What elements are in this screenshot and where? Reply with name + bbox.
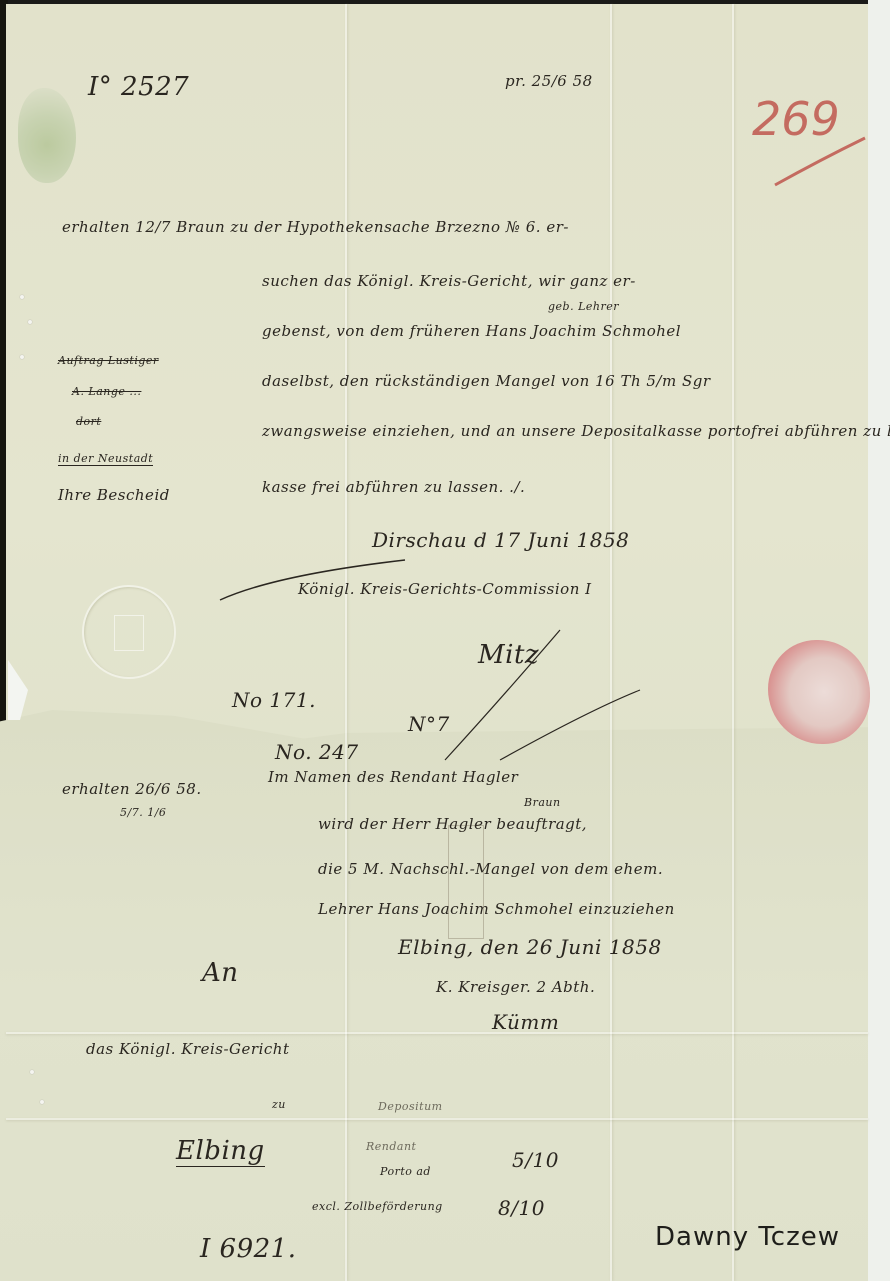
reply-line-3: die 5 M. Nachschl.-Mangel von dem ehem. <box>318 860 663 878</box>
destination-city: Elbing <box>176 1136 265 1167</box>
file-ref-7: N°7 <box>408 712 450 736</box>
salutation: An <box>202 958 239 988</box>
reply-line-4: Lehrer Hans Joachim Schmohel einzuziehen <box>318 900 675 918</box>
fee-line: excl. Zollbeförderung <box>312 1200 443 1213</box>
pinhole <box>20 295 24 299</box>
main-text-line-1: erhalten 12/7 Braun zu der Hypothekensac… <box>62 218 569 236</box>
red-pencil-stroke <box>770 130 870 190</box>
main-text-line-5: zwangsweise einziehen, und an unsere Dep… <box>262 422 890 440</box>
fold-line-vertical <box>732 4 734 1281</box>
fold-line-vertical <box>345 4 347 1281</box>
shield-icon <box>114 615 144 651</box>
main-text-insert: geb. Lehrer <box>548 300 619 313</box>
reference-number-left: I° 2527 <box>88 72 189 102</box>
scan-background-right <box>868 0 890 1281</box>
reply-sub: K. Kreisger. 2 Abth. <box>436 978 595 996</box>
pinhole <box>20 355 24 359</box>
margin-note-struck: Auftrag Lustiger <box>58 354 159 367</box>
postal-stamp-mark <box>448 825 484 939</box>
file-ref-171: No 171. <box>232 688 316 712</box>
address-prefix: zu <box>272 1098 286 1111</box>
fee-note-rendant: Rendant <box>366 1140 416 1153</box>
margin-note-struck: dort <box>76 415 101 428</box>
main-text-line-4: daselbst, den rückständigen Mangel von 1… <box>262 372 711 390</box>
address-note: Depositum <box>378 1100 443 1113</box>
reply-line-2: wird der Herr Hagler beauftragt, <box>318 815 587 833</box>
margin-note-struck: A. Lange ... <box>72 385 141 398</box>
embossed-seal-icon <box>82 585 176 679</box>
fee-value-1: 5/10 <box>512 1148 559 1172</box>
main-text-line-2: suchen das Königl. Kreis-Gericht, wir ga… <box>262 272 636 290</box>
recipient: das Königl. Kreis-Gericht <box>86 1040 289 1058</box>
pinhole <box>40 1100 44 1104</box>
margin-note-lower: erhalten 26/6 58. <box>62 780 202 798</box>
green-stain <box>18 88 76 183</box>
pen-flourish <box>215 555 415 605</box>
signature-2: Kümm <box>492 1010 559 1034</box>
bottom-number: I 6921. <box>200 1234 296 1264</box>
main-text-line-3: gebenst, von dem früheren Hans Joachim S… <box>262 322 681 340</box>
margin-note-lower-sub: 5/7. 1/6 <box>120 806 166 819</box>
main-text-line-6: kasse frei abführen zu lassen. ./. <box>262 478 525 496</box>
fold-line-horizontal <box>6 1032 868 1034</box>
file-ref-247: No. 247 <box>275 740 359 764</box>
watermark-label: Dawny Tczew <box>655 1222 840 1252</box>
reference-received-date: pr. 25/6 58 <box>505 72 593 90</box>
margin-note: Ihre Bescheid <box>58 486 170 504</box>
pinhole <box>28 320 32 324</box>
signature-flourish <box>440 610 650 770</box>
fee-note-porto: Porto ad <box>380 1165 431 1178</box>
reply-dateline: Elbing, den 26 Juni 1858 <box>398 935 662 959</box>
pinhole <box>30 1070 34 1074</box>
fee-value-2: 8/10 <box>498 1196 545 1220</box>
margin-note: in der Neustadt <box>58 452 153 466</box>
reply-insert: Braun <box>524 796 561 809</box>
dateline: Dirschau d 17 Juni 1858 <box>372 528 629 552</box>
reply-line-1: Im Namen des Rendant Hagler <box>268 768 518 786</box>
fold-line-horizontal <box>6 1118 868 1120</box>
